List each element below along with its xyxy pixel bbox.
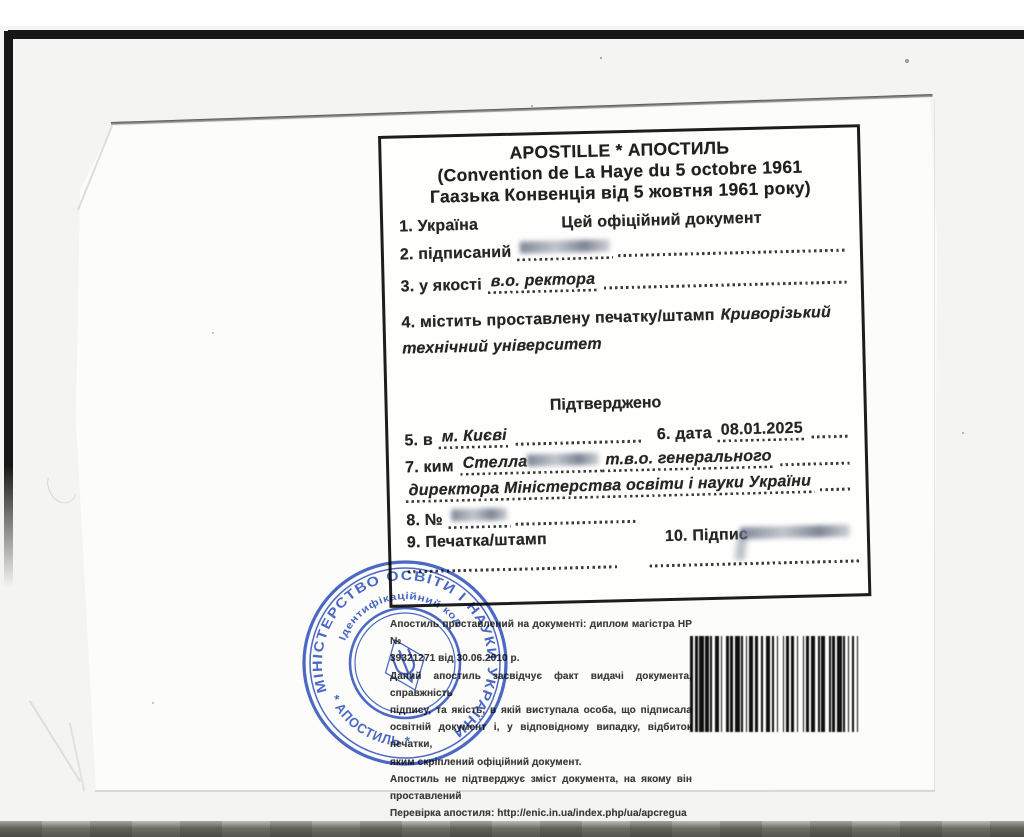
- footnote-verification-url: Перевірка апостиля: http://enic.in.ua/in…: [390, 805, 692, 822]
- field-capacity-label: 3. у якості: [400, 277, 482, 297]
- field-capacity-row: 3. у якості в.о. ректора: [400, 265, 846, 297]
- field-seal-row-line2: технічний університет: [402, 330, 848, 359]
- scan-noise-specks: [0, 0, 2, 2]
- dotted-line: [603, 281, 846, 290]
- field-number-label: 8. №: [406, 512, 443, 531]
- field-capacity-value: в.о. ректора: [488, 271, 599, 295]
- field-by-whom-label: 7. ким: [405, 458, 454, 477]
- barcode: [690, 636, 858, 732]
- redaction-smudge: [735, 534, 748, 561]
- field-date-label: 6. дата: [657, 425, 712, 444]
- confirmed-heading: Підтверджено: [387, 390, 823, 419]
- apostille-frame: APOSTILLE * АПОСТИЛЬ (Convention de La H…: [378, 124, 871, 608]
- redacted-signer-name: [517, 238, 613, 261]
- field-place-label: 5. в: [404, 432, 433, 451]
- field-place-date-row: 5. в м. Києві 6. дата 08.01.2025: [404, 419, 850, 451]
- field-by-whom-title: т.в.о. генерального: [602, 447, 775, 472]
- dotted-line: [811, 435, 850, 439]
- field-signed-by-row: 2. підписаний: [400, 233, 846, 265]
- dotted-line: [650, 559, 862, 567]
- field-seal-value-line2: технічний університет: [402, 336, 602, 359]
- trident-icon: [375, 632, 434, 698]
- field-by-whom-name: Стелла: [459, 452, 602, 476]
- scan-edge-band-vertical: [4, 31, 13, 587]
- dotted-line: [819, 488, 852, 492]
- dotted-line: [516, 520, 636, 526]
- paper-right-edge: [934, 100, 935, 790]
- scan-bottom-band: [0, 821, 1024, 837]
- field-date-value: 08.01.2025: [718, 420, 807, 443]
- field-signed-by-label: 2. підписаний: [400, 244, 512, 265]
- dotted-line: [618, 249, 846, 258]
- field-seal-value-line1: Криворізький: [720, 304, 831, 325]
- official-document-label: Цей офіційний документ: [478, 208, 845, 235]
- field-seal-label: 4. містить проставлену печатку/штамп: [401, 307, 715, 333]
- footnote-line: проставлений: [390, 788, 692, 805]
- field-place-value: м. Києві: [439, 427, 511, 450]
- field-country-label: 1. Україна: [399, 217, 478, 237]
- field-signature-label: 10. Підпис: [665, 524, 851, 547]
- field-by-whom-title-line2: директора Міністерства освіти і науки Ук…: [405, 472, 814, 503]
- scan-edge-band-horizontal: [8, 30, 1024, 39]
- ministry-stamp: МІНІСТЕРСТВО ОСВІТИ І НАУКИ УКРАЇНИ * АП…: [290, 548, 520, 778]
- dotted-line: [515, 440, 643, 446]
- redacted-certificate-number: [449, 507, 511, 530]
- field-by-whom-row-line2: директора Міністерства освіти і науки Ук…: [405, 472, 851, 504]
- field-seal-row: 4. містить проставлену печатку/штамп Кри…: [401, 304, 847, 333]
- scanned-page: APOSTILLE * АПОСТИЛЬ (Convention de La H…: [0, 0, 1024, 837]
- dotted-line: [780, 462, 851, 467]
